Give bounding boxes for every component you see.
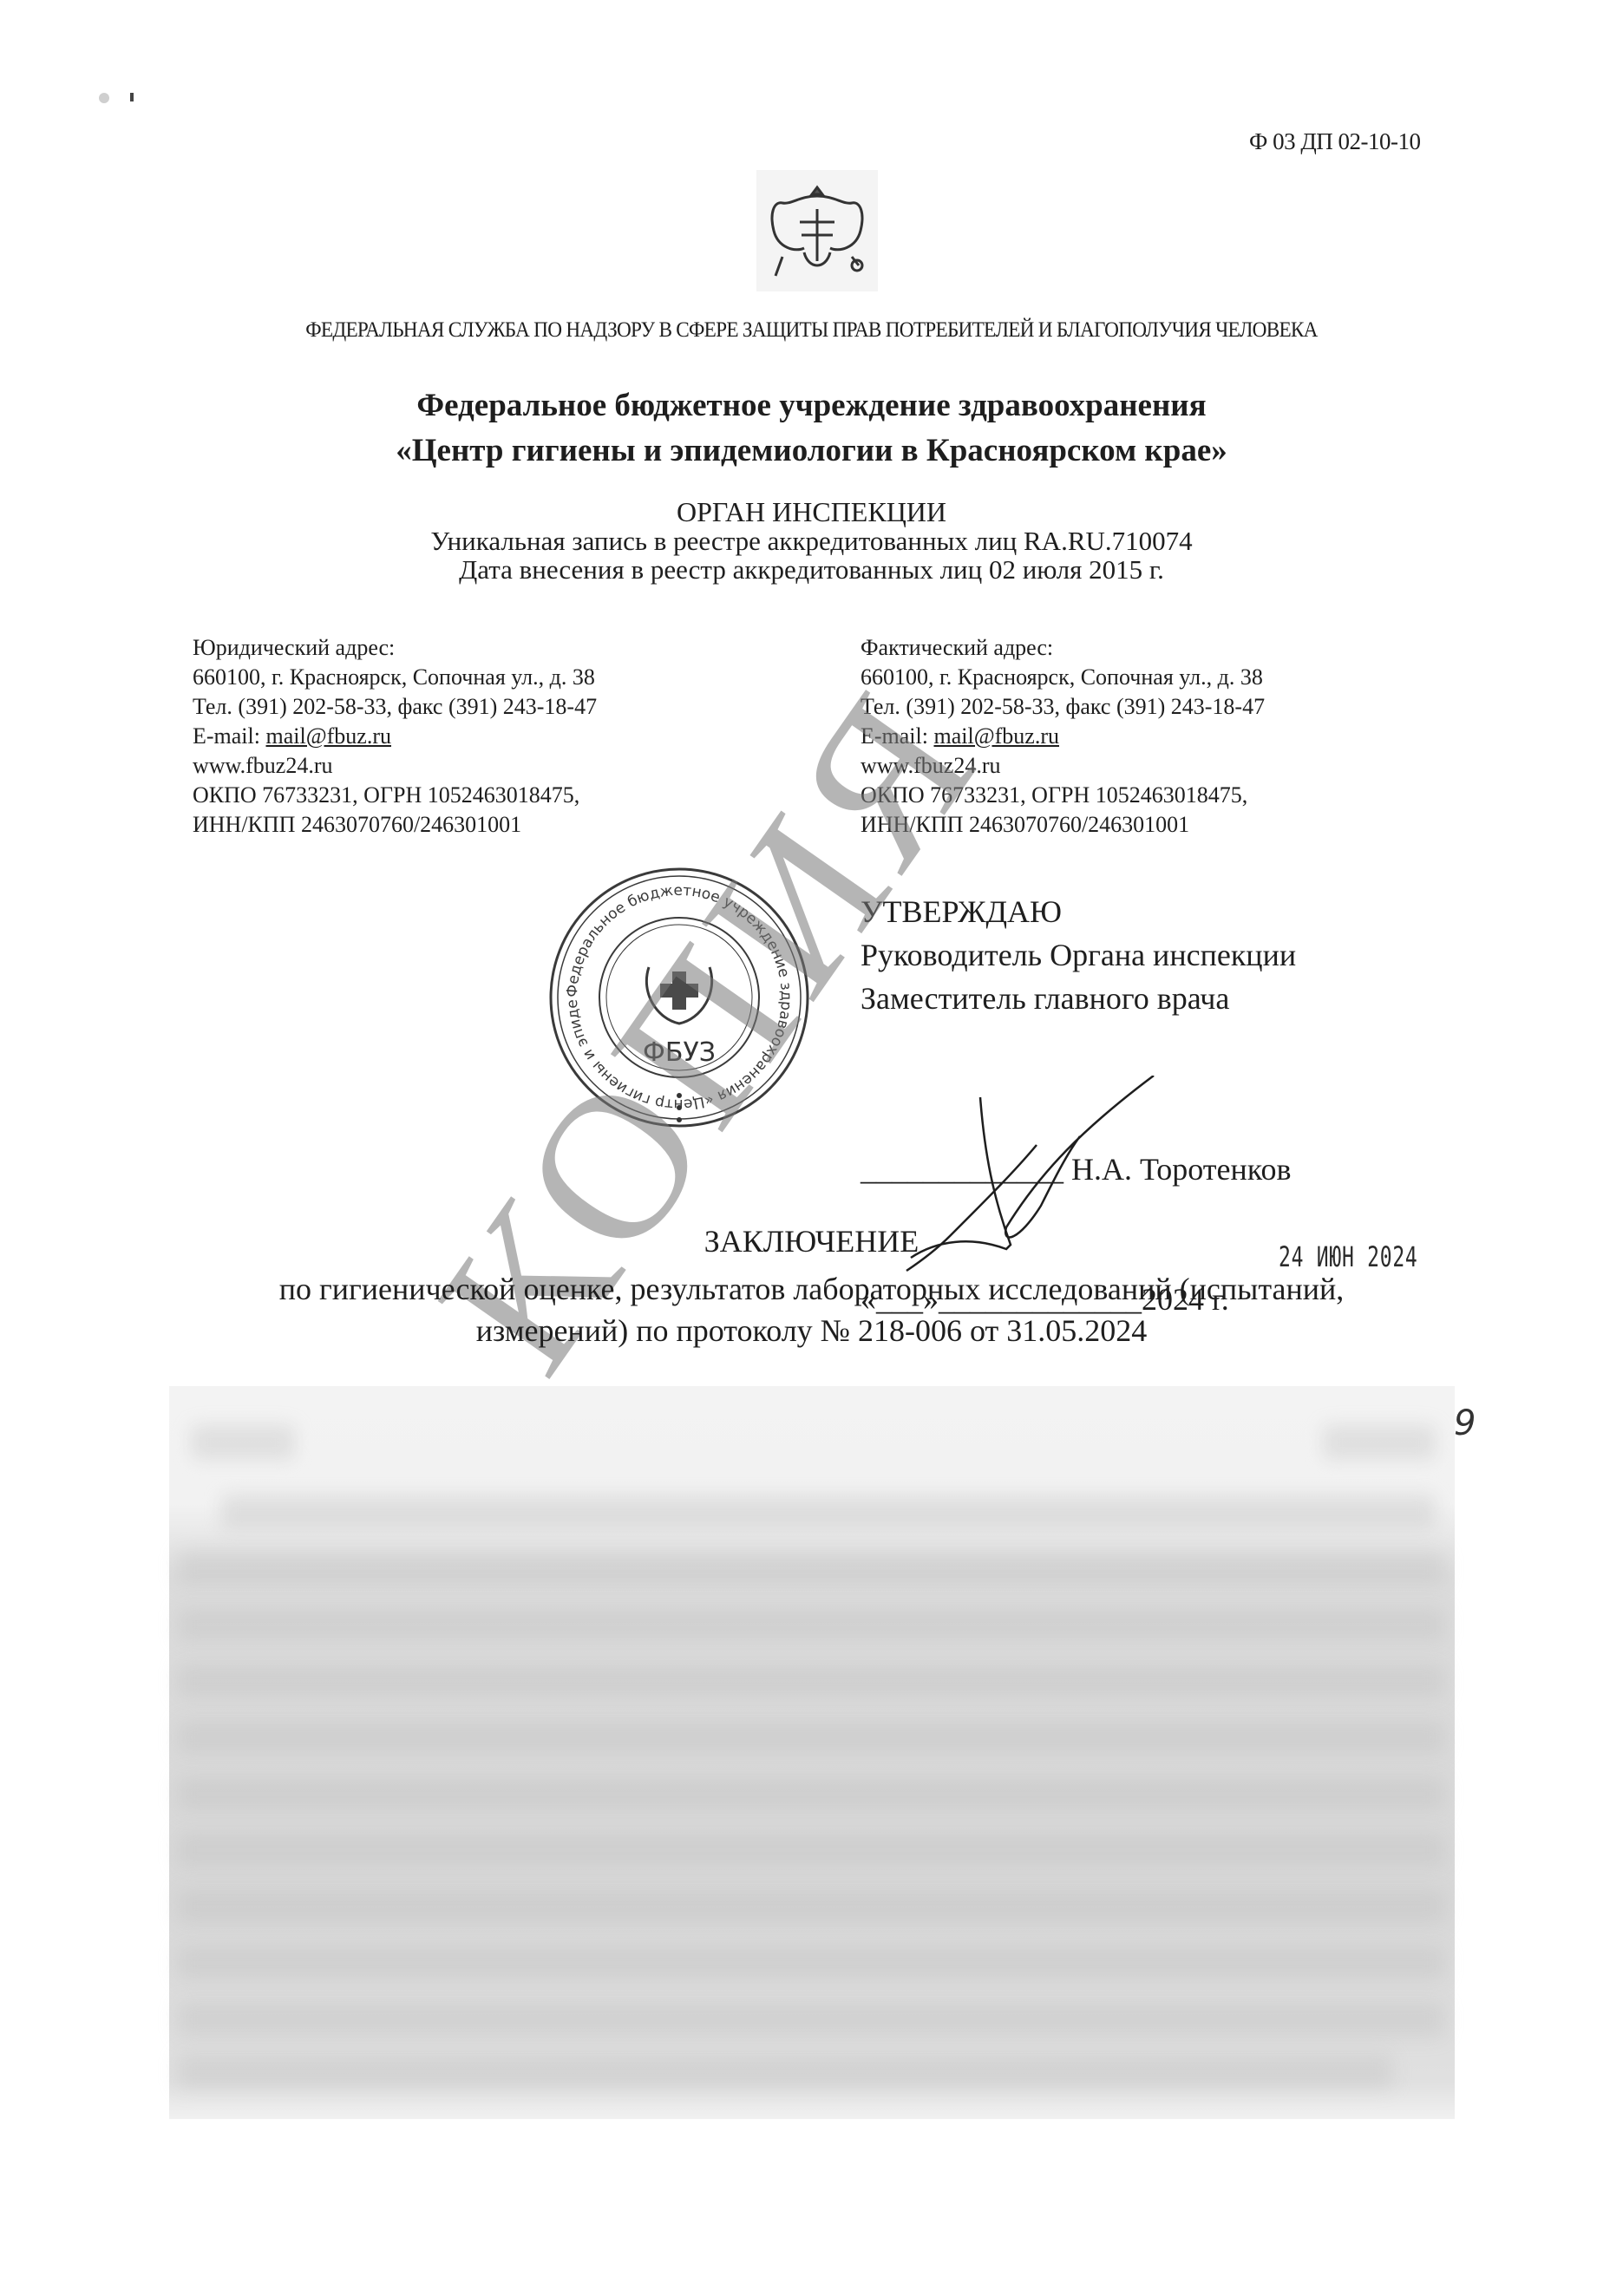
blurred-text (178, 1946, 1444, 1980)
form-code: Ф 03 ДП 02-10-10 (1249, 128, 1420, 155)
actual-address: 660100, г. Красноярск, Сопочная ул., д. … (861, 663, 1265, 692)
agency-name: ФЕДЕРАЛЬНАЯ СЛУЖБА ПО НАДЗОРУ В СФЕРЕ ЗА… (56, 318, 1566, 343)
legal-address-label: Юридический адрес: (193, 633, 597, 663)
actual-address-label: Фактический адрес: (861, 633, 1265, 663)
blurred-text (221, 1495, 1436, 1529)
blurred-text (178, 1833, 1444, 1868)
blurred-text (178, 1607, 1444, 1642)
legal-email-link[interactable]: mail@fbuz.ru (265, 723, 391, 749)
inspection-title: ОРГАН ИНСПЕКЦИИ (0, 498, 1623, 527)
blurred-text (178, 1720, 1444, 1755)
blurred-text (178, 2002, 1444, 2037)
email-label: E-mail: (193, 723, 265, 749)
conclusion-subtitle-line-2: измерений) по протоколу № 218-006 от 31.… (0, 1310, 1623, 1351)
legal-phone: Тел. (391) 202-58-33, факс (391) 243-18-… (193, 692, 597, 722)
inspection-body: ОРГАН ИНСПЕКЦИИ Уникальная запись в реес… (0, 498, 1623, 584)
organization-name: Федеральное бюджетное учреждение здравоо… (0, 383, 1623, 474)
conclusion-subtitle-line-1: по гигиенической оценке, результатов лаб… (0, 1268, 1623, 1310)
legal-address-block: Юридический адрес: 660100, г. Красноярск… (193, 633, 597, 840)
legal-okpo-ogrn: ОКПО 76733231, ОГРН 1052463018475, (193, 781, 597, 810)
registry-date: Дата внесения в реестр аккредитованных л… (0, 555, 1623, 584)
scan-artifact (87, 82, 156, 117)
blurred-text (178, 2054, 1392, 2089)
redacted-content-block (169, 1386, 1455, 2119)
org-line-1: Федеральное бюджетное учреждение здравоо… (0, 383, 1623, 428)
conclusion-subtitle: по гигиенической оценке, результатов лаб… (0, 1268, 1623, 1351)
blurred-text (191, 1425, 295, 1460)
approval-position-1: Руководитель Органа инспекции (861, 933, 1296, 977)
handwritten-signature (867, 1076, 1232, 1301)
legal-address: 660100, г. Красноярск, Сопочная ул., д. … (193, 663, 597, 692)
blurred-text (178, 1889, 1444, 1924)
approval-position-2: Заместитель главного врача (861, 977, 1296, 1020)
legal-email-row: E-mail: mail@fbuz.ru (193, 722, 597, 751)
legal-website[interactable]: www.fbuz24.ru (193, 751, 597, 781)
blurred-text (178, 1776, 1444, 1811)
registry-record: Уникальная запись в реестре аккредитован… (0, 527, 1623, 555)
handwritten-page-number: 9 (1454, 1403, 1476, 1443)
blurred-text (1323, 1425, 1436, 1460)
coat-of-arms-icon (756, 170, 878, 291)
legal-inn-kpp: ИНН/КПП 2463070760/246301001 (193, 810, 597, 840)
blurred-text (178, 1664, 1444, 1698)
org-line-2: «Центр гигиены и эпидемиологии в Красноя… (0, 428, 1623, 474)
blurred-text (178, 1551, 1444, 1586)
